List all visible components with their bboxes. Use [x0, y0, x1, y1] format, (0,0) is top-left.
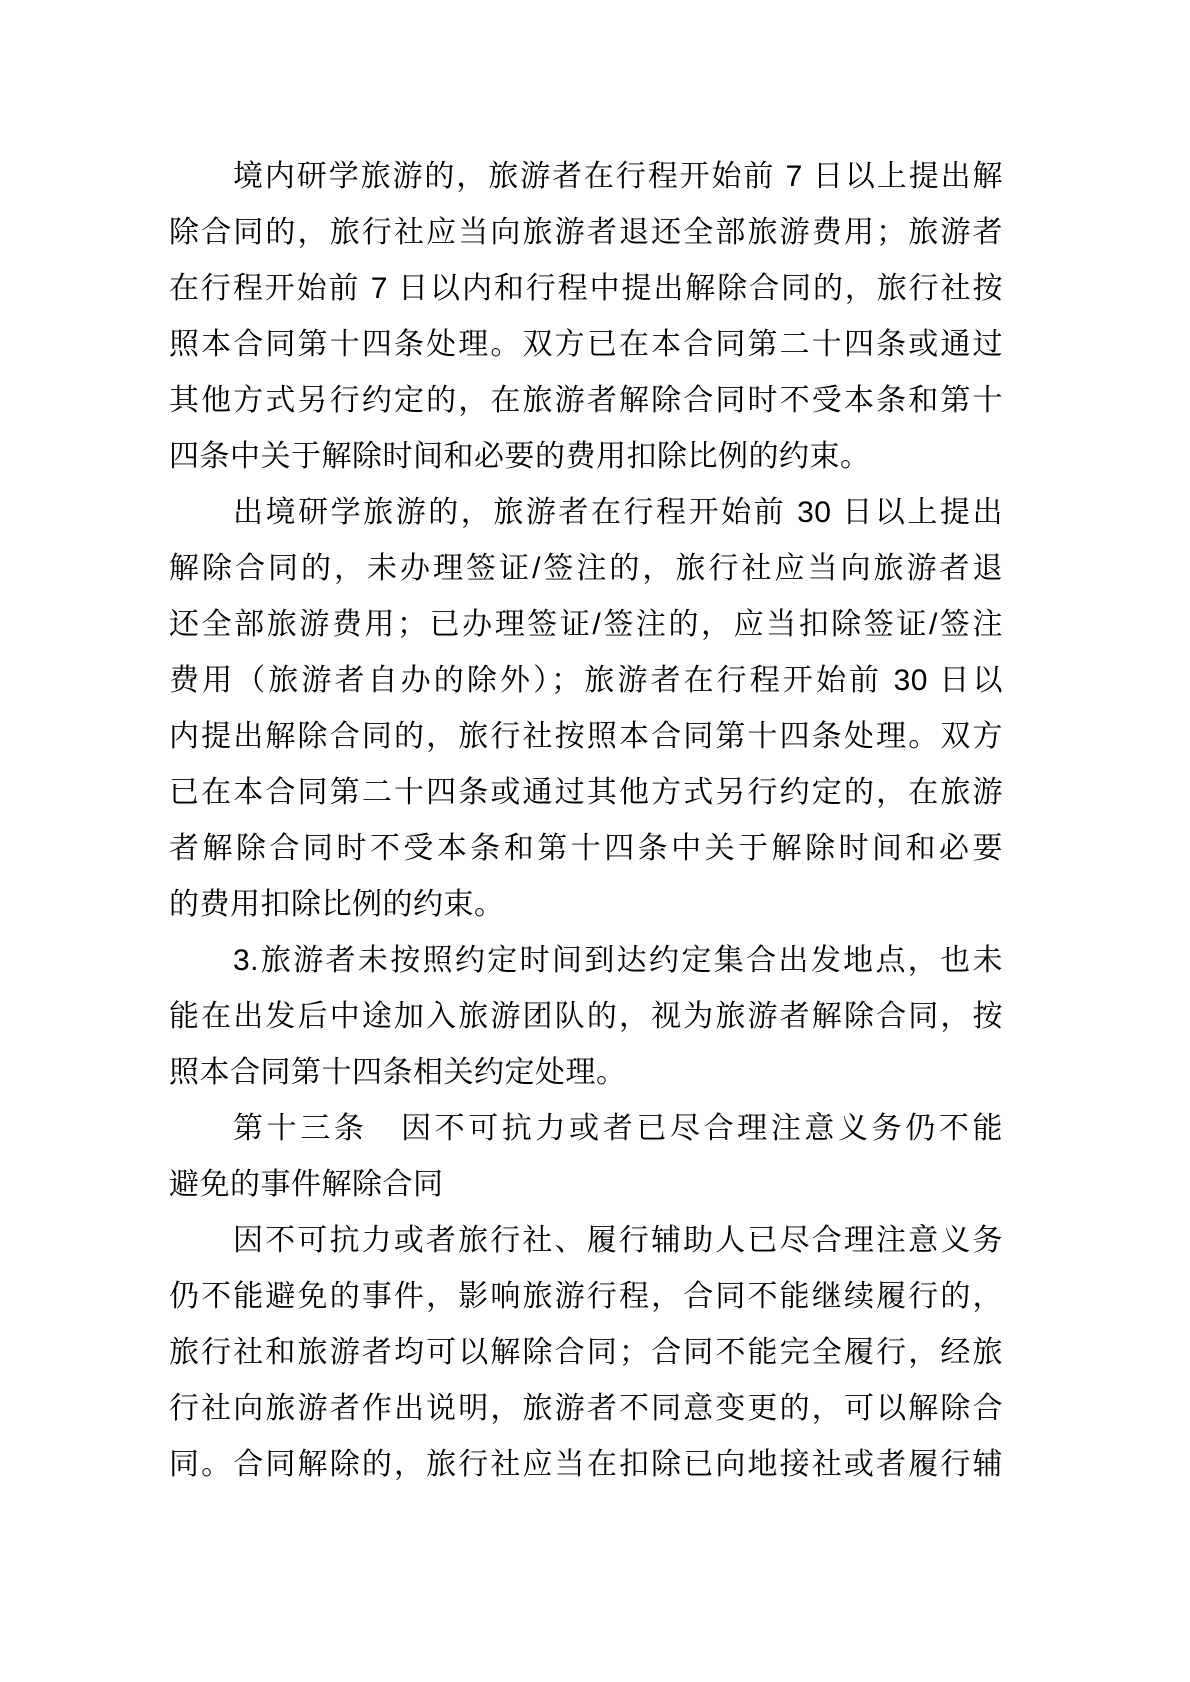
text-line: 四条中关于解除时间和必要的费用扣除比例的约束。 [169, 429, 1003, 485]
text-line: 其他方式另行约定的，在旅游者解除合同时不受本条和第十 [169, 373, 1003, 429]
text-line: 还全部旅游费用；已办理签证/签注的，应当扣除签证/签注 [169, 597, 1003, 653]
text-line: 除合同的，旅行社应当向旅游者退还全部旅游费用；旅游者 [169, 205, 1003, 261]
text-line: 避免的事件解除合同 [169, 1157, 1003, 1213]
text-line: 照本合同第十四条处理。双方已在本合同第二十四条或通过 [169, 317, 1003, 373]
text-line: 因不可抗力或者旅行社、履行辅助人已尽合理注意义务 [169, 1213, 1003, 1269]
text-line: 者解除合同时不受本条和第十四条中关于解除时间和必要 [169, 821, 1003, 877]
text-line: 仍不能避免的事件，影响旅游行程，合同不能继续履行的， [169, 1269, 1003, 1325]
text-line: 行社向旅游者作出说明，旅游者不同意变更的，可以解除合 [169, 1381, 1003, 1437]
text-line: 3.旅游者未按照约定时间到达约定集合出发地点，也未 [169, 933, 1003, 989]
document-page: 境内研学旅游的，旅游者在行程开始前 7 日以上提出解 除合同的，旅行社应当向旅游… [0, 0, 1190, 1682]
text-line: 第十三条 因不可抗力或者已尽合理注意义务仍不能 [169, 1101, 1003, 1157]
text-line: 已在本合同第二十四条或通过其他方式另行约定的，在旅游 [169, 765, 1003, 821]
document-content: 境内研学旅游的，旅游者在行程开始前 7 日以上提出解 除合同的，旅行社应当向旅游… [169, 149, 1003, 1493]
text-line: 能在出发后中途加入旅游团队的，视为旅游者解除合同，按 [169, 989, 1003, 1045]
text-line: 同。合同解除的，旅行社应当在扣除已向地接社或者履行辅 [169, 1437, 1003, 1493]
text-line: 境内研学旅游的，旅游者在行程开始前 7 日以上提出解 [169, 149, 1003, 205]
text-line: 费用（旅游者自办的除外）；旅游者在行程开始前 30 日以 [169, 653, 1003, 709]
text-line: 出境研学旅游的，旅游者在行程开始前 30 日以上提出 [169, 485, 1003, 541]
text-line: 照本合同第十四条相关约定处理。 [169, 1045, 1003, 1101]
text-line: 的费用扣除比例的约束。 [169, 877, 1003, 933]
text-line: 在行程开始前 7 日以内和行程中提出解除合同的，旅行社按 [169, 261, 1003, 317]
text-line: 旅行社和旅游者均可以解除合同；合同不能完全履行，经旅 [169, 1325, 1003, 1381]
text-line: 内提出解除合同的，旅行社按照本合同第十四条处理。双方 [169, 709, 1003, 765]
text-line: 解除合同的，未办理签证/签注的，旅行社应当向旅游者退 [169, 541, 1003, 597]
